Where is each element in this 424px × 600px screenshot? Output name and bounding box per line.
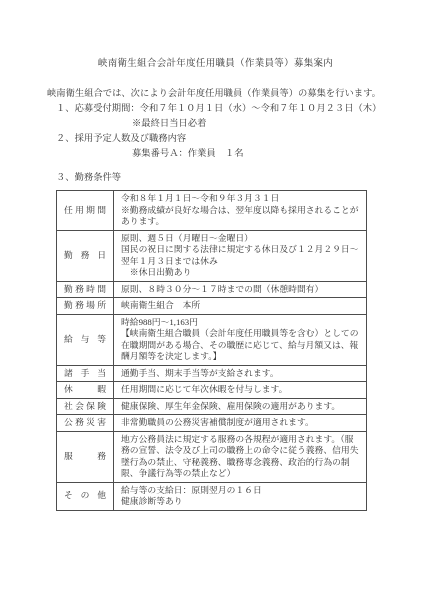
row-value: 健康保険、厚生年金保険、雇用保険の適用があります。 (114, 398, 367, 415)
document-page: 峡南衛生組合会計年度任用職員（作業員等）募集案内 峡南衛生組合では、次により会計… (0, 0, 424, 600)
row-label: 勤務時間 (57, 281, 114, 298)
row-label: 服務 (57, 431, 114, 482)
row-label: 勤務場所 (57, 298, 114, 315)
row-label: 給与等 (57, 314, 114, 365)
row-value: 地方公務員法に規定する服務の各規程が適用されます。（服務の宣誓、法令及び上司の職… (114, 431, 367, 482)
row-label: 社会保険 (57, 398, 114, 415)
row-value: 任用期間に応じて年次休暇を付与します。 (114, 382, 367, 399)
row-label: 勤務日 (57, 230, 114, 281)
table-row: その他給与等の支給日：原則翌月の１６日 健康診断等あり (57, 482, 367, 510)
conditions-heading: ３、勤務条件等 (47, 171, 384, 186)
table-row: 服務地方公務員法に規定する服務の各規程が適用されます。（服務の宣誓、法令及び上司… (57, 431, 367, 482)
table-row: 諸手当通勤手当、期末手当等が支給されます。 (57, 365, 367, 382)
row-value: 給与等の支給日：原則翌月の１６日 健康診断等あり (114, 482, 367, 510)
table-row: 公務災害非常勤職員の公務災害補償制度が適用されます。 (57, 415, 367, 432)
row-value: 原則、週５日（月曜日～金曜日） 国民の祝日に関する法律に規定する休日及び１２月２… (114, 230, 367, 281)
application-period-line: １、応募受付期間：令和７年１０月１日（水）～令和７年１０月２３日（木） (47, 102, 384, 117)
recruitment-detail: 募集番号Ａ：作業員 １名 (47, 147, 384, 162)
table-row: 休暇任用期間に応じて年次休暇を付与します。 (57, 382, 367, 399)
application-period-note: ※最終日当日必着 (47, 117, 384, 132)
recruitment-heading: ２、採用予定人数及び職務内容 (47, 132, 384, 147)
table-row: 任用期間令和８年１月１日～令和９年３月３１日 ※勤務成績が良好な場合は、翌年度以… (57, 191, 367, 231)
row-value: 峡南衛生組合 本所 (114, 298, 367, 315)
row-label: 公務災害 (57, 415, 114, 432)
table-row: 給与等時給988円～1,163円 【峡南衛生組合職員（会計年度任用職員等を含む）… (57, 314, 367, 365)
row-value: 通勤手当、期末手当等が支給されます。 (114, 365, 367, 382)
intro-paragraph: 峡南衛生組合では、次により会計年度任用職員（作業員等）の募集を行います。 (47, 87, 384, 102)
table-row: 勤務場所峡南衛生組合 本所 (57, 298, 367, 315)
row-label: 諸手当 (57, 365, 114, 382)
row-label: 休暇 (57, 382, 114, 399)
conditions-table-body: 任用期間令和８年１月１日～令和９年３月３１日 ※勤務成績が良好な場合は、翌年度以… (57, 191, 367, 511)
table-row: 社会保険健康保険、厚生年金保険、雇用保険の適用があります。 (57, 398, 367, 415)
conditions-table: 任用期間令和８年１月１日～令和９年３月３１日 ※勤務成績が良好な場合は、翌年度以… (56, 190, 367, 511)
document-title: 峡南衛生組合会計年度任用職員（作業員等）募集案内 (47, 58, 384, 70)
table-row: 勤務日原則、週５日（月曜日～金曜日） 国民の祝日に関する法律に規定する休日及び１… (57, 230, 367, 281)
row-value: 令和８年１月１日～令和９年３月３１日 ※勤務成績が良好な場合は、翌年度以降も採用… (114, 191, 367, 231)
table-row: 勤務時間原則、８時３０分～１７時までの間（休憩時間有） (57, 281, 367, 298)
row-value: 時給988円～1,163円 【峡南衛生組合職員（会計年度任用職員等を含む）として… (114, 314, 367, 365)
row-label: その他 (57, 482, 114, 510)
row-value: 非常勤職員の公務災害補償制度が適用されます。 (114, 415, 367, 432)
row-value: 原則、８時３０分～１７時までの間（休憩時間有） (114, 281, 367, 298)
row-label: 任用期間 (57, 191, 114, 231)
